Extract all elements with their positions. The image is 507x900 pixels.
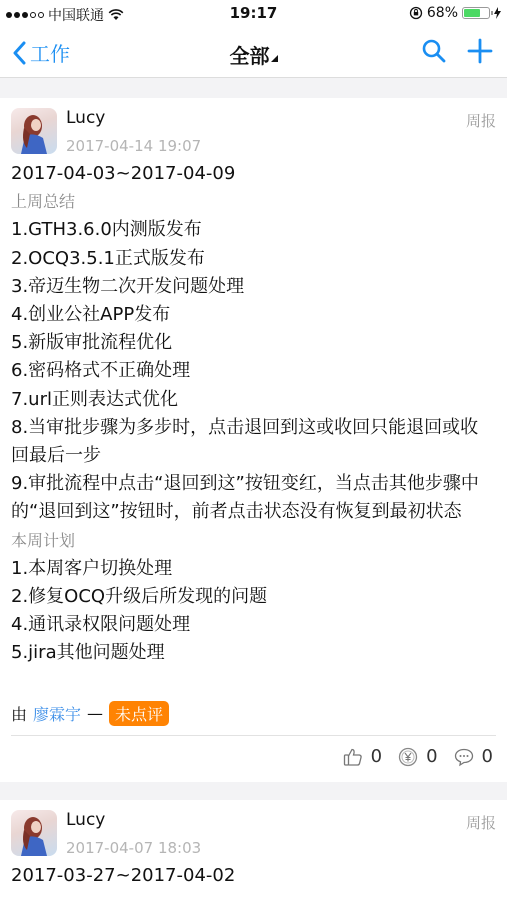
nav-bar: 工作 全部 — [0, 28, 507, 78]
last-week-item: 6.密码格式不正确处理 — [11, 357, 496, 385]
report-period: 2017-04-03~2017-04-09 — [11, 160, 496, 188]
last-week-item: 1.GTH3.6.0内测版发布 — [11, 216, 496, 244]
reviewer-name[interactable]: 廖霖宇 — [33, 702, 81, 725]
this-week-item: 5.jira其他问题处理 — [11, 639, 496, 667]
reviewer-dash: — — [87, 704, 103, 723]
comment-count: 0 — [482, 746, 493, 767]
avatar[interactable] — [11, 108, 57, 154]
nav-actions — [421, 38, 493, 64]
comment-icon — [454, 747, 474, 767]
charging-icon — [494, 7, 501, 19]
like-button[interactable]: 0 — [343, 746, 382, 767]
status-bar: 中国联通 19:17 68% — [0, 0, 507, 28]
this-week-item: 2.修复OCQ升级后所发现的问题 — [11, 583, 496, 611]
battery-info: 68% — [409, 5, 501, 21]
last-week-item: 2.OCQ3.5.1正式版发布 — [11, 245, 496, 273]
report-type: 周报 — [466, 812, 496, 833]
report-body: 2017-03-27~2017-04-02 — [11, 862, 496, 890]
avatar[interactable] — [11, 810, 57, 856]
report-type: 周报 — [466, 110, 496, 131]
this-week-item: 1.本周客户切换处理 — [11, 555, 496, 583]
comment-button[interactable]: 0 — [454, 746, 493, 767]
last-week-item: 8.当审批步骤为多步时，点击退回到这或收回只能退回或收回最后一步 — [11, 414, 496, 470]
this-week-heading: 本周计划 — [11, 527, 496, 555]
report-card[interactable]: Lucy 2017-04-07 18:03 周报 2017-03-27~2017… — [0, 800, 507, 900]
thumbs-up-icon — [343, 747, 363, 767]
report-timestamp: 2017-04-07 18:03 — [66, 839, 201, 857]
orientation-lock-icon — [409, 6, 423, 20]
battery-icon — [462, 7, 490, 19]
like-count: 0 — [371, 746, 382, 767]
last-week-item: 7.url正则表达式优化 — [11, 386, 496, 414]
plus-icon[interactable] — [467, 38, 493, 64]
review-status-badge: 未点评 — [109, 701, 169, 726]
author-name: Lucy — [66, 108, 105, 128]
reward-button[interactable]: 0 — [398, 746, 437, 767]
reward-count: 0 — [426, 746, 437, 767]
reviewer-prefix: 由 — [11, 702, 27, 725]
last-week-item: 5.新版审批流程优化 — [11, 329, 496, 357]
this-week-item: 4.通讯录权限问题处理 — [11, 611, 496, 639]
last-week-heading: 上周总结 — [11, 188, 496, 216]
report-period: 2017-03-27~2017-04-02 — [11, 862, 496, 890]
caret-icon — [271, 55, 278, 62]
last-week-item: 3.帝迈生物二次开发问题处理 — [11, 273, 496, 301]
page-title: 全部 — [230, 44, 270, 68]
report-stats: 0 0 0 — [335, 746, 493, 767]
divider — [11, 735, 496, 736]
author-name: Lucy — [66, 810, 105, 830]
battery-percent: 68% — [427, 5, 458, 21]
reviewer-line: 由 廖霖宇 — 未点评 — [11, 701, 169, 726]
last-week-item: 9.审批流程中点击“退回到这”按钮变红，当点击其他步骤中的“退回到这”按钮时，前… — [11, 470, 496, 526]
yen-coin-icon — [398, 747, 418, 767]
report-card[interactable]: Lucy 2017-04-14 19:07 周报 2017-04-03~2017… — [0, 98, 507, 782]
last-week-item: 4.创业公社APP发布 — [11, 301, 496, 329]
report-body: 2017-04-03~2017-04-09 上周总结 1.GTH3.6.0内测版… — [11, 160, 496, 668]
search-icon[interactable] — [421, 38, 447, 64]
report-timestamp: 2017-04-14 19:07 — [66, 137, 201, 155]
